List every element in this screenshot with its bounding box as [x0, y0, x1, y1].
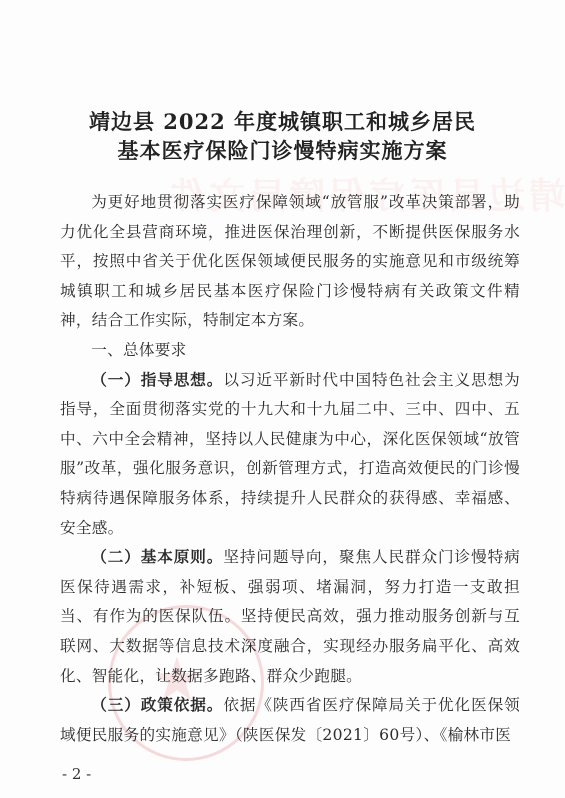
guiding-thought-paragraph: （一）指导思想。以习近平新时代中国特色社会主义思想为指导，全面贯彻落实党的十九大…: [60, 366, 520, 544]
document-body: 为更好地贯彻落实医疗保障领域“放管服”改革决策部署，助力优化全县营商环境，推进医…: [60, 188, 520, 750]
document-title-line1: 靖边县 2022 年度城镇职工和城乡居民: [0, 106, 565, 136]
policy-basis-label: （三）政策依据。: [91, 696, 223, 714]
section-heading-general-requirements: 一、总体要求: [60, 336, 520, 366]
intro-paragraph: 为更好地贯彻落实医疗保障领域“放管服”改革决策部署，助力优化全县营商环境，推进医…: [60, 188, 520, 336]
guiding-thought-text: 以习近平新时代中国特色社会主义思想为指导，全面贯彻落实党的十九大和十九届二中、三…: [60, 371, 520, 537]
basic-principles-text: 坚持问题导向，聚焦人民群众门诊慢特病医保待遇需求，补短板、强弱项、堵漏洞，努力打…: [60, 548, 520, 684]
policy-basis-paragraph: （三）政策依据。依据《陕西省医疗保障局关于优化医保领域便民服务的实施意见》（陕医…: [60, 691, 520, 750]
basic-principles-paragraph: （二）基本原则。坚持问题导向，聚焦人民群众门诊慢特病医保待遇需求，补短板、强弱项…: [60, 543, 520, 691]
basic-principles-label: （二）基本原则。: [91, 548, 223, 566]
document-title-line2: 基本医疗保险门诊慢特病实施方案: [0, 135, 565, 165]
page-number: - 2 -: [62, 765, 91, 783]
guiding-thought-label: （一）指导思想。: [91, 371, 223, 389]
